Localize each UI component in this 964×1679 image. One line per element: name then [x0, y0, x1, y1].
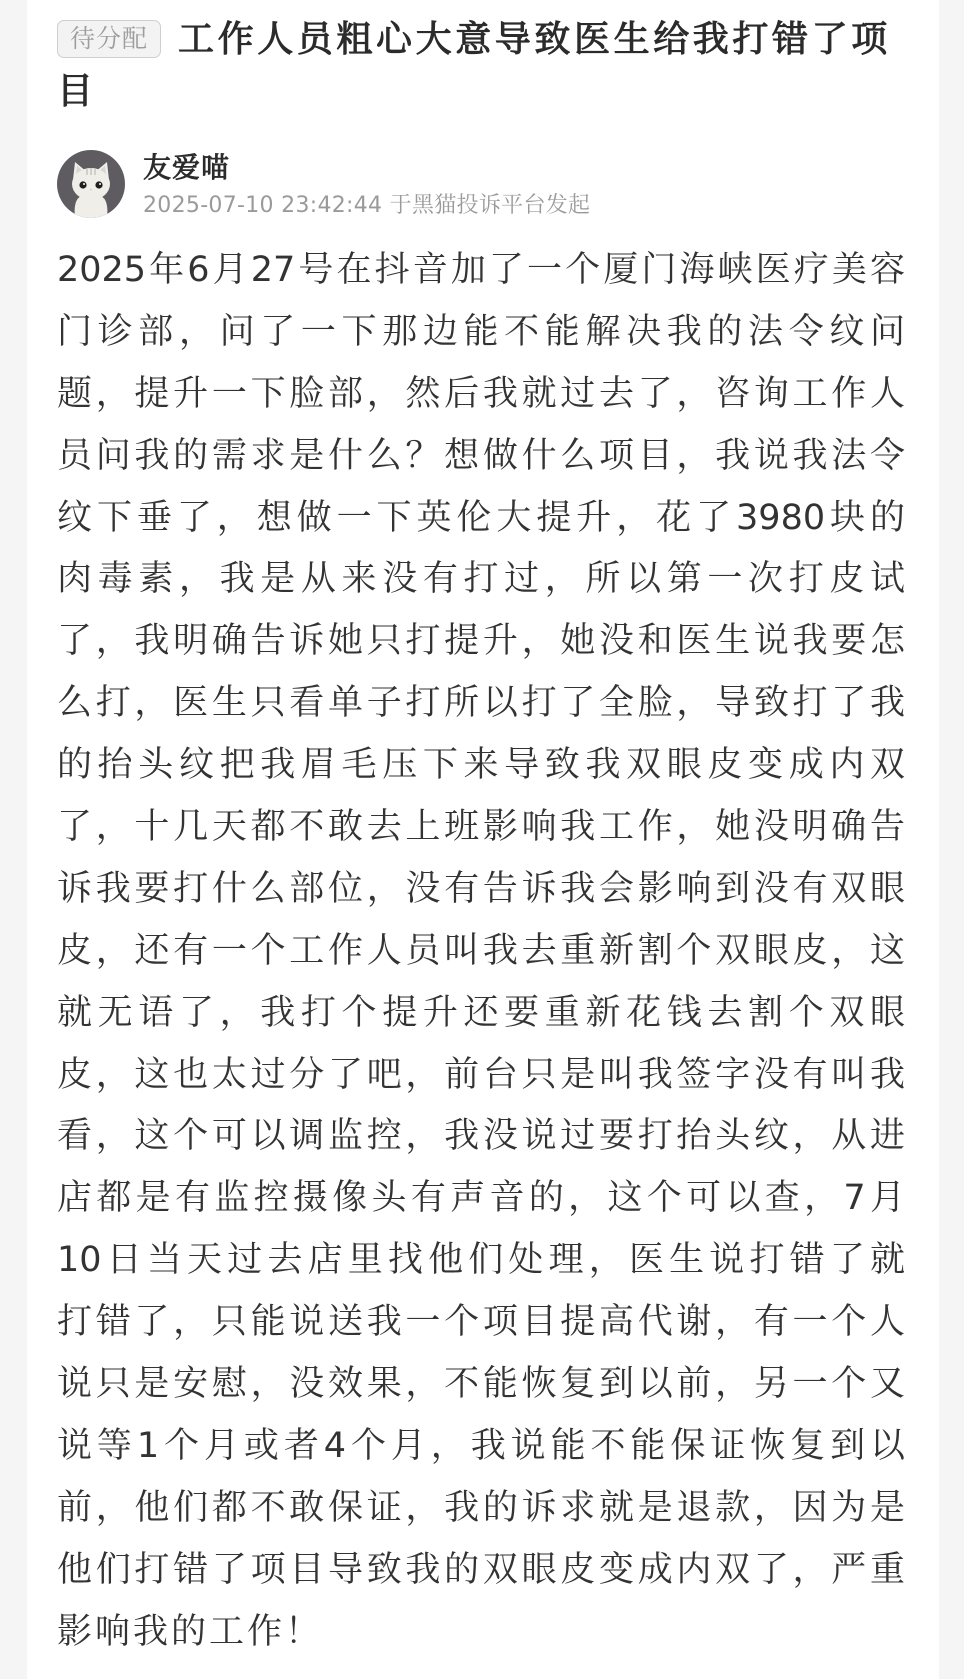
body-line: 了，十几天都不敢去上班影响我工作，她没明确告 — [57, 797, 905, 859]
body-line: 影响我的工作！ — [57, 1602, 905, 1664]
body-line: 说只是安慰，没效果，不能恢复到以前，另一个又 — [57, 1354, 905, 1416]
author-name[interactable]: 友爱喵 — [143, 150, 230, 186]
cat-avatar-icon — [57, 150, 125, 218]
body-line: 的抬头纹把我眉毛压下来导致我双眼皮变成内双 — [57, 735, 905, 797]
status-badge: 待分配 — [57, 20, 161, 58]
body-line: 2025年6月27号在抖音加了一个厦门海峡医疗美容 — [57, 240, 905, 302]
complaint-card: 待分配 工作人员粗心大意导致医生给我打错了项目 — [27, 0, 939, 1679]
body-line: 说等1个月或者4个月，我说能不能保证恢复到以 — [57, 1416, 905, 1478]
body-line: 员问我的需求是什么？想做什么项目，我说我法令 — [57, 426, 905, 488]
body-line: 前，他们都不敢保证，我的诉求就是退款，因为是 — [57, 1478, 905, 1540]
body-line: 题，提升一下脸部，然后我就过去了，咨询工作人 — [57, 364, 905, 426]
body-line: 皮，这也太过分了吧，前台只是叫我签字没有叫我 — [57, 1045, 905, 1107]
body-line: 打错了，只能说送我一个项目提高代谢，有一个人 — [57, 1292, 905, 1354]
body-line: 就无语了，我打个提升还要重新花钱去割个双眼 — [57, 983, 905, 1045]
body-line: 么打，医生只看单子打所以打了全脸，导致打了我 — [57, 673, 905, 735]
body-line: 10日当天过去店里找他们处理，医生说打错了就 — [57, 1230, 905, 1292]
avatar[interactable] — [57, 150, 125, 218]
body-line: 看，这个可以调监控，我没说过要打抬头纹，从进 — [57, 1106, 905, 1168]
body-line: 门诊部，问了一下那边能不能解决我的法令纹问 — [57, 302, 905, 364]
body-line: 他们打错了项目导致我的双眼皮变成内双了，严重 — [57, 1540, 905, 1602]
post-meta: 2025-07-10 23:42:44 于黑猫投诉平台发起 — [143, 191, 590, 221]
author-block: 友爱喵 2025-07-10 23:42:44 于黑猫投诉平台发起 — [57, 150, 857, 220]
complaint-body: 2025年6月27号在抖音加了一个厦门海峡医疗美容 门诊部，问了一下那边能不能解… — [57, 240, 905, 1663]
complaint-header: 待分配 工作人员粗心大意导致医生给我打错了项目 — [57, 14, 917, 118]
body-line: 店都是有监控摄像头有声音的，这个可以查，7月 — [57, 1168, 905, 1230]
body-line: 肉毒素，我是从来没有打过，所以第一次打皮试 — [57, 549, 905, 611]
complaint-title: 工作人员粗心大意导致医生给我打错了项目 — [57, 14, 917, 118]
body-line: 纹下垂了，想做一下英伦大提升，花了3980块的 — [57, 488, 905, 550]
body-line: 皮，还有一个工作人员叫我去重新割个双眼皮，这 — [57, 921, 905, 983]
body-line: 诉我要打什么部位，没有告诉我会影响到没有双眼 — [57, 859, 905, 921]
body-line: 了，我明确告诉她只打提升，她没和医生说我要怎 — [57, 611, 905, 673]
